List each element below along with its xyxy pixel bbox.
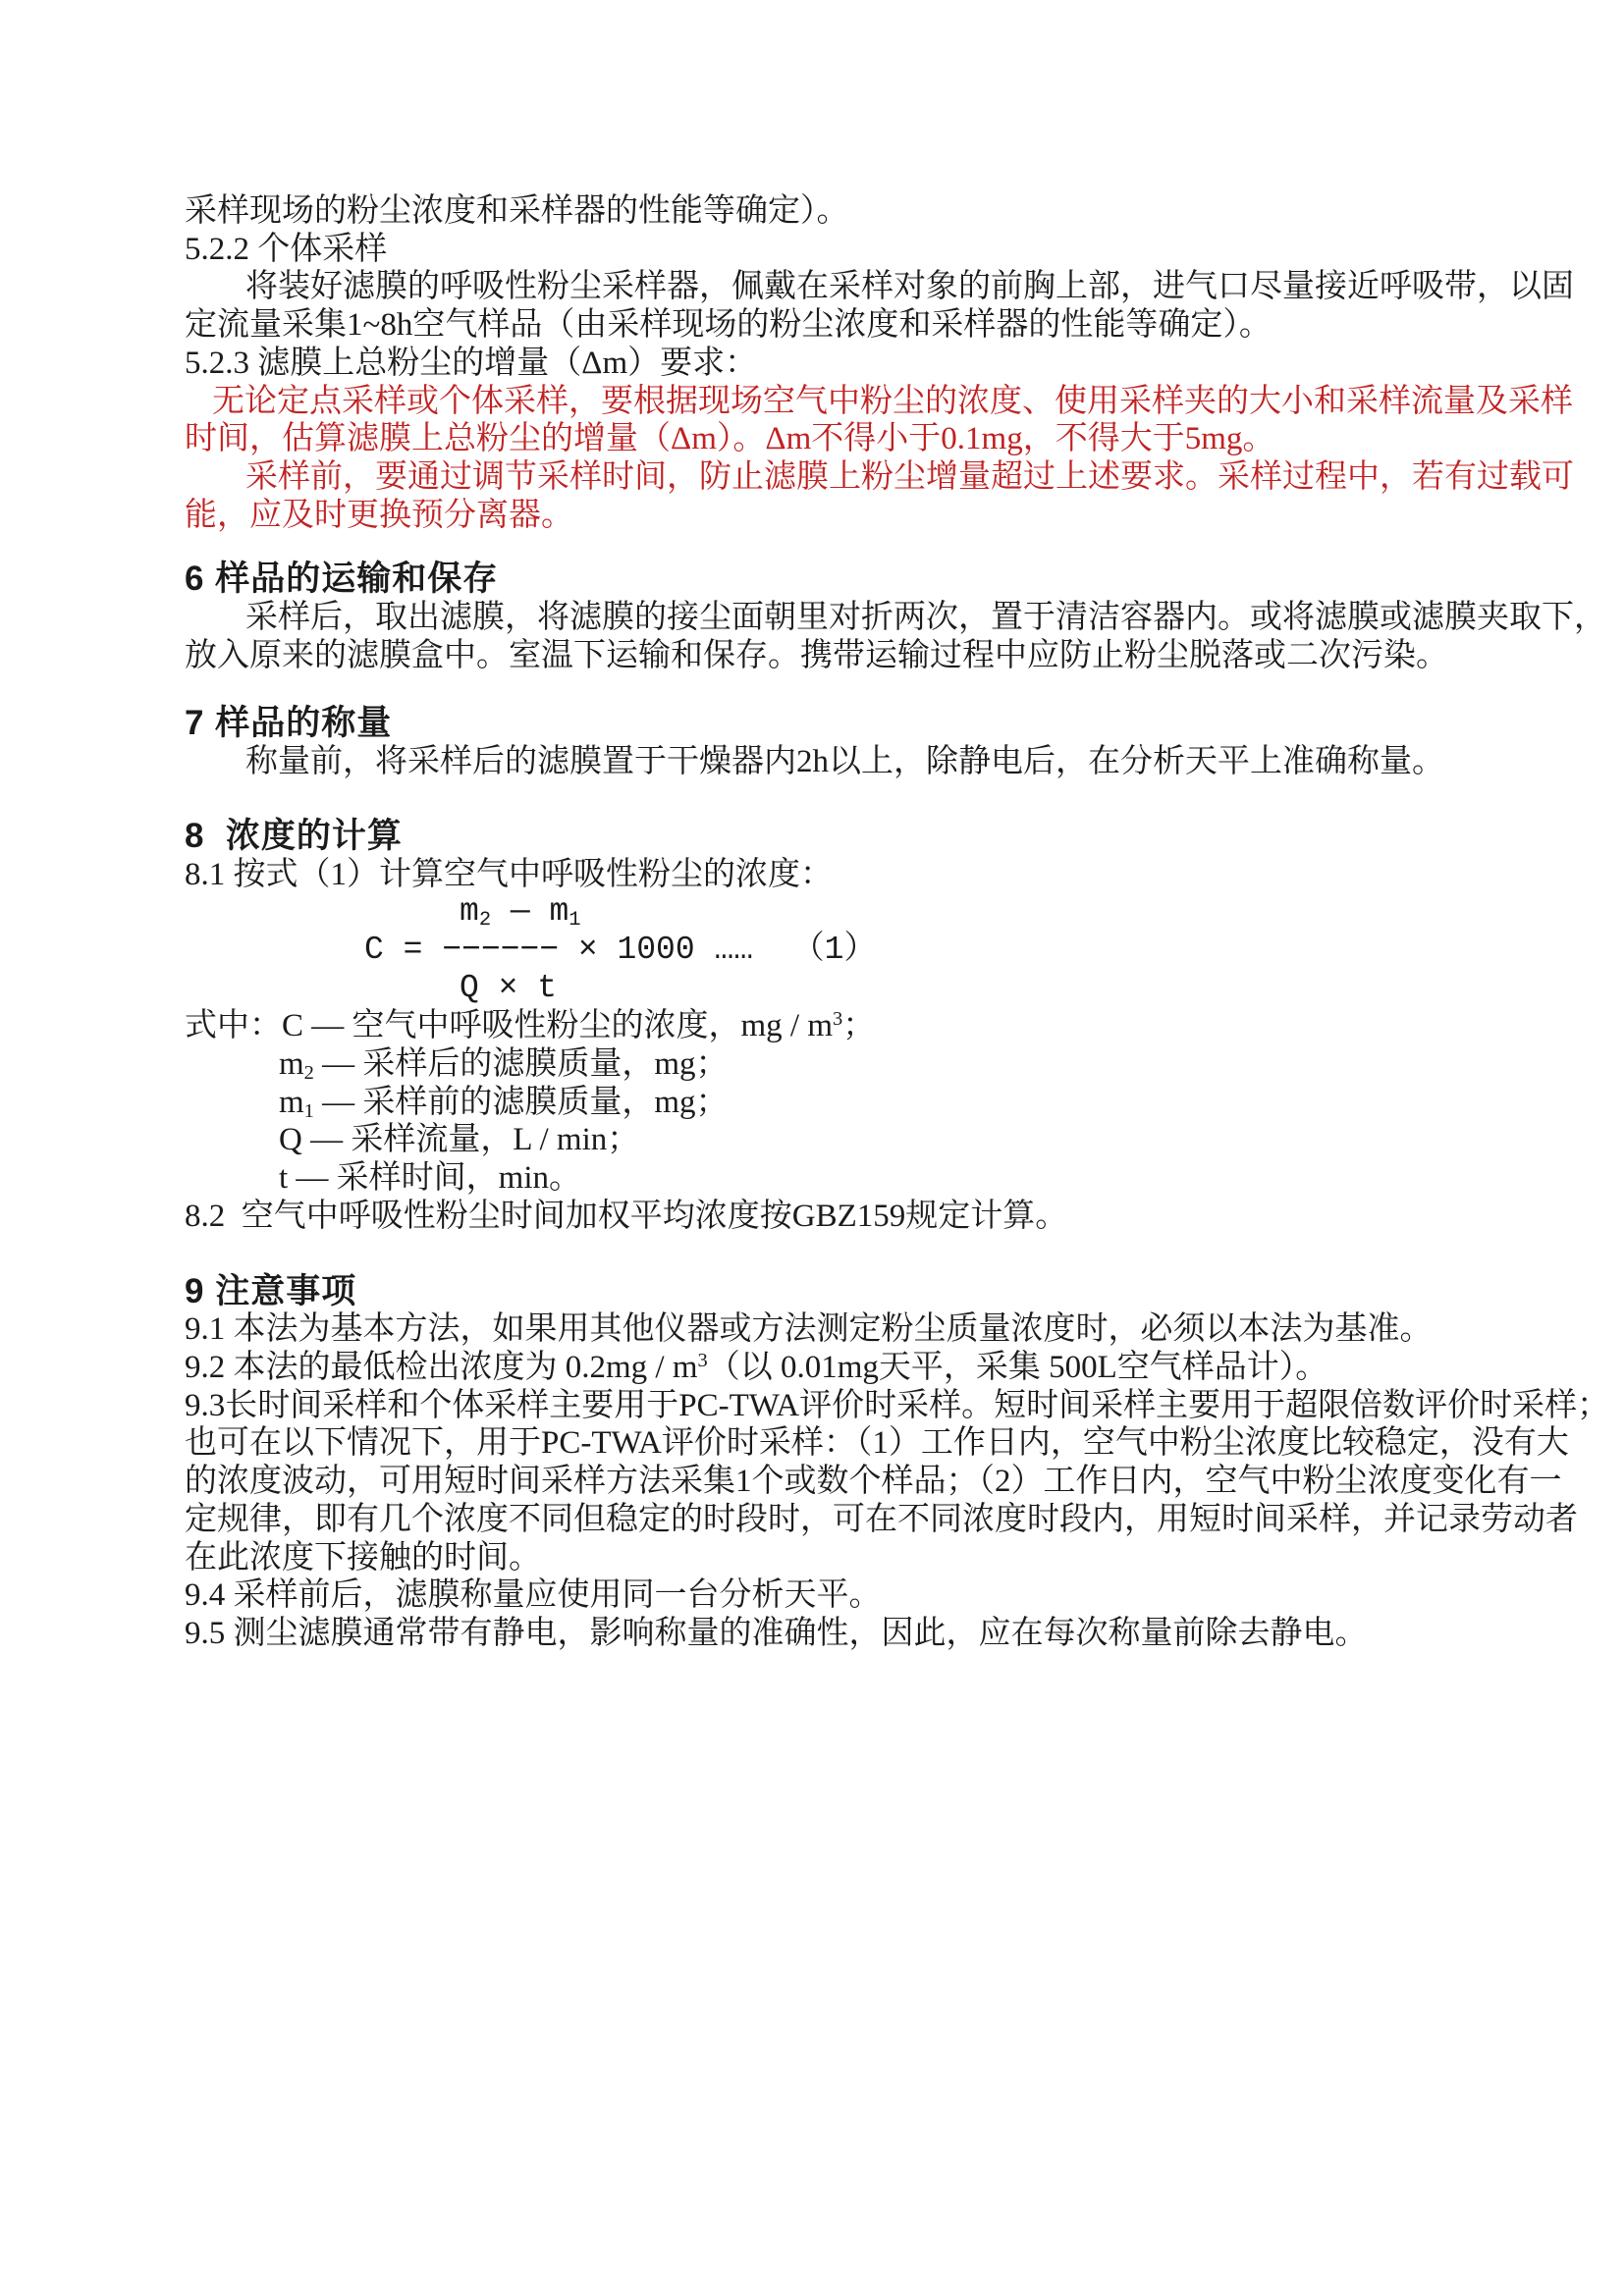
subscript: 2 (304, 1062, 314, 1084)
text-run: 无论定点采样或个体采样，要根据现场空气中粉尘的浓度、使用采样夹的大小和采样流量及… (212, 384, 1573, 419)
text-line: 采样后，取出滤膜，将滤膜的接尘面朝里对折两次，置于清洁容器内。或将滤膜或滤膜夹取… (185, 599, 1506, 637)
text-run: 9.5 测尘滤膜通常带有静电，影响称量的准确性，因此，应在每次称量前除去静电。 (185, 1616, 1368, 1651)
text-line: 能，应及时更换预分离器。 (185, 497, 1506, 535)
text-line: 9.3长时间采样和个体采样主要用于PC-TWA评价时采样。短时间采样主要用于超限… (185, 1387, 1506, 1425)
text-run: 8 浓度的计算 (185, 817, 403, 855)
text-run: 将装好滤膜的呼吸性粉尘采样器，佩戴在采样对象的前胸上部，进气口尽量接近呼吸带，以… (245, 269, 1574, 304)
text-run: 定规律，即有几个浓度不同但稳定的时段时，可在不同浓度时段内，用短时间采样，并记录… (185, 1502, 1578, 1537)
text-line: 的浓度波动，可用短时间采样方法采集1个或数个样品；（2）工作日内，空气中粉尘浓度… (185, 1463, 1506, 1501)
subscript: 2 (479, 909, 491, 932)
section-heading: 6 样品的运输和保存 (185, 561, 1506, 599)
text-run: 9 注意事项 (185, 1272, 356, 1310)
text-line: 9.4 采样前后，滤膜称量应使用同一台分析天平。 (185, 1576, 1506, 1615)
text-line: 式中：C — 空气中呼吸性粉尘的浓度，mg / m3； (185, 1007, 1506, 1045)
text-run: t — 采样时间，min。 (279, 1160, 581, 1196)
text-run: m (460, 893, 479, 930)
text-run: — 采样前的滤膜质量，mg； (314, 1085, 729, 1120)
text-run: C = −−−−−− × 1000 …… （1） (364, 932, 876, 968)
text-run: 也可在以下情况下，用于PC-TWA评价时采样：（1）工作日内，空气中粉尘浓度比较… (185, 1425, 1569, 1461)
text-run: Q — 采样流量，L / min； (279, 1122, 639, 1157)
text-run: 6 样品的运输和保存 (185, 560, 498, 598)
text-run: ； (842, 1008, 875, 1043)
text-line: 8.1 按式（1）计算空气中呼吸性粉尘的浓度： (185, 856, 1506, 894)
superscript: 3 (833, 1008, 842, 1030)
text-run: 时间，估算滤膜上总粉尘的增量（Δm）。Δm不得小于0.1mg，不得大于5mg。 (185, 421, 1274, 456)
text-run: 在此浓度下接触的时间。 (185, 1540, 541, 1575)
text-line: 无论定点采样或个体采样，要根据现场空气中粉尘的浓度、使用采样夹的大小和采样流量及… (185, 383, 1506, 421)
text-run: 采样现场的粉尘浓度和采样器的性能等确定）。 (185, 193, 849, 229)
section-heading: 8 浓度的计算 (185, 818, 1506, 856)
text-line: 将装好滤膜的呼吸性粉尘采样器，佩戴在采样对象的前胸上部，进气口尽量接近呼吸带，以… (185, 268, 1506, 306)
text-line: 8.2 空气中呼吸性粉尘时间加权平均浓度按GBZ159规定计算。 (185, 1198, 1506, 1236)
text-run: 7 样品的称量 (185, 704, 392, 742)
text-line: 9.2 本法的最低检出浓度为 0.2mg / m3（以 0.01mg天平，采集 … (185, 1349, 1506, 1387)
text-line: 定规律，即有几个浓度不同但稳定的时段时，可在不同浓度时段内，用短时间采样，并记录… (185, 1501, 1506, 1539)
text-line: 放入原来的滤膜盒中。室温下运输和保存。携带运输过程中应防止粉尘脱落或二次污染。 (185, 637, 1506, 675)
subscript: 1 (568, 909, 580, 932)
text-run: 5.2.2 个体采样 (185, 232, 387, 267)
text-run: m (279, 1085, 304, 1120)
text-run: — 采样后的滤膜质量，mg； (314, 1046, 729, 1082)
section-heading: 7 样品的称量 (185, 705, 1506, 743)
text-run: 的浓度波动，可用短时间采样方法采集1个或数个样品；（2）工作日内，空气中粉尘浓度… (185, 1464, 1562, 1499)
section-heading: 9 注意事项 (185, 1273, 1506, 1311)
text-line: m2 — 采样后的滤膜质量，mg； (185, 1045, 1506, 1084)
formula-line: Q × t (185, 970, 1506, 1008)
text-run: 称量前，将采样后的滤膜置于干燥器内2h以上，除静电后，在分析天平上准确称量。 (245, 744, 1444, 779)
text-run: 9.4 采样前后，滤膜称量应使用同一台分析天平。 (185, 1577, 882, 1613)
superscript: 3 (698, 1350, 708, 1371)
text-line: 定流量采集1~8h空气样品（由采样现场的粉尘浓度和采样器的性能等确定）。 (185, 306, 1506, 345)
text-run: （以 0.01mg天平，采集 500L空气样品计）。 (708, 1350, 1328, 1385)
text-line: 也可在以下情况下，用于PC-TWA评价时采样：（1）工作日内，空气中粉尘浓度比较… (185, 1424, 1506, 1463)
text-run: 9.1 本法为基本方法，如果用其他仪器或方法测定粉尘质量浓度时，必须以本法为基准… (185, 1311, 1433, 1347)
text-run: 9.2 本法的最低检出浓度为 0.2mg / m (185, 1350, 698, 1385)
text-run: 采样前，要通过调节采样时间，防止滤膜上粉尘增量超过上述要求。采样过程中，若有过载… (245, 459, 1574, 495)
text-run: 式中：C — 空气中呼吸性粉尘的浓度，mg / m (185, 1008, 833, 1043)
formula-line: m2 — m1 (185, 893, 1506, 932)
text-run: 9.3长时间采样和个体采样主要用于PC-TWA评价时采样。短时间采样主要用于超限… (185, 1388, 1609, 1423)
document-page: 采样现场的粉尘浓度和采样器的性能等确定）。5.2.2 个体采样将装好滤膜的呼吸性… (0, 0, 1624, 2296)
text-line: 5.2.3 滤膜上总粉尘的增量（Δm）要求： (185, 345, 1506, 383)
text-line: 采样前，要通过调节采样时间，防止滤膜上粉尘增量超过上述要求。采样过程中，若有过载… (185, 458, 1506, 497)
text-line: 时间，估算滤膜上总粉尘的增量（Δm）。Δm不得小于0.1mg，不得大于5mg。 (185, 420, 1506, 458)
text-line: 称量前，将采样后的滤膜置于干燥器内2h以上，除静电后，在分析天平上准确称量。 (185, 743, 1506, 781)
formula-line: C = −−−−−− × 1000 …… （1） (185, 932, 1506, 970)
text-line: 9.1 本法为基本方法，如果用其他仪器或方法测定粉尘质量浓度时，必须以本法为基准… (185, 1310, 1506, 1349)
text-run: m (279, 1046, 304, 1082)
text-run: 8.1 按式（1）计算空气中呼吸性粉尘的浓度： (185, 857, 833, 892)
text-line: 采样现场的粉尘浓度和采样器的性能等确定）。 (185, 192, 1506, 231)
text-line: 5.2.2 个体采样 (185, 231, 1506, 269)
spacer (185, 674, 1506, 705)
text-line: 9.5 测尘滤膜通常带有静电，影响称量的准确性，因此，应在每次称量前除去静电。 (185, 1615, 1506, 1653)
text-run: 5.2.3 滤膜上总粉尘的增量（Δm）要求： (185, 346, 757, 381)
document-content: 采样现场的粉尘浓度和采样器的性能等确定）。5.2.2 个体采样将装好滤膜的呼吸性… (185, 192, 1506, 1653)
text-run: — m (491, 893, 568, 930)
spacer (185, 1236, 1506, 1273)
text-run: 能，应及时更换预分离器。 (185, 498, 573, 533)
spacer (185, 781, 1506, 818)
text-line: Q — 采样流量，L / min； (185, 1121, 1506, 1159)
text-run: 定流量采集1~8h空气样品（由采样现场的粉尘浓度和采样器的性能等确定）。 (185, 307, 1272, 343)
text-line: t — 采样时间，min。 (185, 1159, 1506, 1198)
text-run: Q × t (460, 970, 557, 1006)
spacer (185, 534, 1506, 561)
text-run: 放入原来的滤膜盒中。室温下运输和保存。携带运输过程中应防止粉尘脱落或二次污染。 (185, 638, 1448, 673)
text-line: 在此浓度下接触的时间。 (185, 1539, 1506, 1577)
text-line: m1 — 采样前的滤膜质量，mg； (185, 1084, 1506, 1122)
text-run: 8.2 空气中呼吸性粉尘时间加权平均浓度按GBZ159规定计算。 (185, 1199, 1067, 1234)
text-run: 采样后，取出滤膜，将滤膜的接尘面朝里对折两次，置于清洁容器内。或将滤膜或滤膜夹取… (245, 600, 1606, 635)
subscript: 1 (304, 1100, 314, 1122)
